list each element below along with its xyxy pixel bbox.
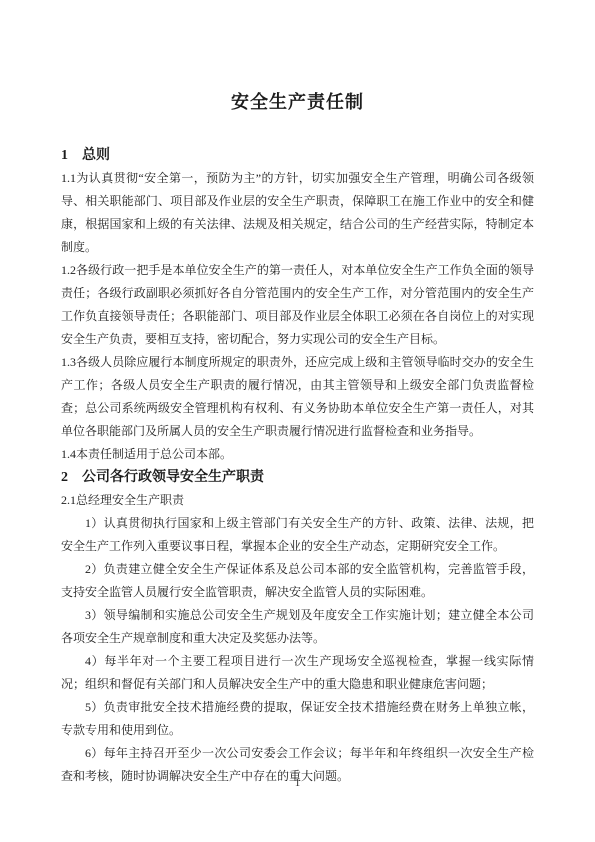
section-2-item-1: 1）认真贯彻执行国家和上级主管部门有关安全生产的方针、政策、法律、法规，把安全生… bbox=[61, 512, 534, 558]
section-2-item-4: 4）每半年对一个主要工程项目进行一次生产现场安全巡视检查，掌握一线实际情况；组织… bbox=[61, 650, 534, 696]
paragraph-2-1: 2.1总经理安全生产职责 bbox=[61, 489, 534, 512]
document-title: 安全生产责任制 bbox=[61, 92, 534, 113]
paragraph-1-4: 1.4本责任制适用于总公司本部。 bbox=[61, 443, 534, 466]
paragraph-1-2: 1.2各级行政一把手是本单位安全生产的第一责任人，对本单位安全生产工作负全面的领… bbox=[61, 259, 534, 351]
document-content: 安全生产责任制 1 总则 1.1为认真贯彻“安全第一，预防为主”的方针，切实加强… bbox=[61, 92, 534, 788]
section-2-item-3: 3）领导编制和实施总公司安全生产规划及年度安全工作实施计划；建立健全本公司各项安… bbox=[61, 604, 534, 650]
section-2-heading: 2 公司各行政领导安全生产职责 bbox=[61, 466, 534, 489]
paragraph-1-1: 1.1为认真贯彻“安全第一，预防为主”的方针，切实加强安全生产管理，明确公司各级… bbox=[61, 167, 534, 259]
section-2-item-2: 2）负责建立健全安全生产保证体系及总公司本部的安全监管机构，完善监管手段，支持安… bbox=[61, 558, 534, 604]
page-number: 1 bbox=[0, 776, 595, 790]
paragraph-1-3: 1.3各级人员除应履行本制度所规定的职责外，还应完成上级和主管领导临时交办的安全… bbox=[61, 351, 534, 443]
section-2-item-5: 5）负责审批安全技术措施经费的提取，保证安全技术措施经费在财务上单独立帐，专款专… bbox=[61, 696, 534, 742]
document-page: 安全生产责任制 1 总则 1.1为认真贯彻“安全第一，预防为主”的方针，切实加强… bbox=[0, 0, 595, 842]
section-1-heading: 1 总则 bbox=[61, 144, 534, 167]
